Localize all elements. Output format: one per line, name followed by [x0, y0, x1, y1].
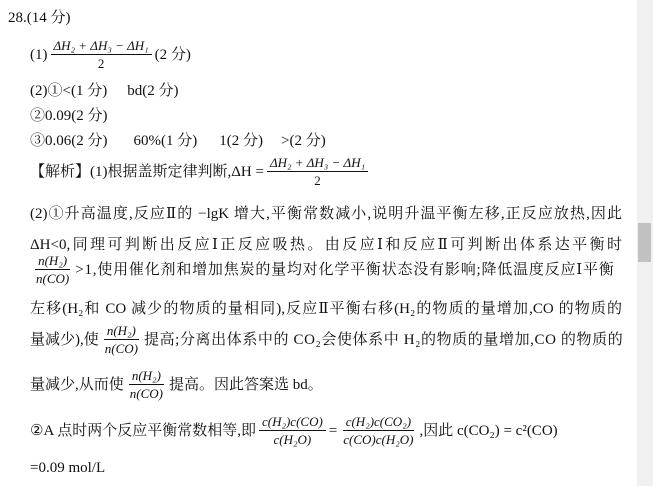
analysis-p2-line5: 量减少),使 n(H₂) n(CO) 提高;分离出体系中的 CO₂会使体系中 H…	[30, 322, 623, 357]
fraction: c(H₂)c(CO) c(H₂O)	[259, 413, 326, 448]
fraction: c(H₂)c(CO₂) c(CO)c(H₂O)	[340, 413, 416, 448]
fraction-numerator: ΔH₂ + ΔH₃ − ΔH₁	[267, 154, 368, 172]
answer-line-3: ②0.09(2 分)	[30, 106, 108, 126]
analysis-p3-part2: ,因此 c(CO₂) = c²(CO)	[419, 421, 557, 441]
analysis-result: =0.09 mol/L	[30, 458, 105, 478]
equals-sign: =	[329, 421, 337, 441]
answer-2-part2: bd(2 分)	[127, 81, 178, 101]
analysis-p4: =0.09 mol/L	[30, 458, 105, 478]
fraction-numerator: n(H₂)	[35, 252, 70, 270]
fraction: ΔH₂ + ΔH₃ − ΔH₁ 2	[51, 37, 152, 72]
scrollbar-track[interactable]	[637, 0, 653, 486]
analysis-p2-line6-part2: 提高。因此答案选 bd。	[169, 375, 323, 395]
answer-line-1: (1) ΔH₂ + ΔH₃ − ΔH₁ 2 (2 分)	[30, 37, 191, 72]
analysis-p2-line5-part2: 提高;分离出体系中的 CO₂会使体系中 H₂的物质的量增加,CO 的物质的	[144, 330, 623, 350]
fraction-denominator: 2	[95, 55, 108, 72]
fraction-numerator: n(H₂)	[104, 322, 139, 340]
analysis-p1: 【解析】(1)根据盖斯定律判断,ΔH = ΔH₂ + ΔH₃ − ΔH₁ 2	[30, 154, 371, 189]
fraction-numerator: ΔH₂ + ΔH₃ − ΔH₁	[51, 37, 152, 55]
answer-1-prefix: (1)	[30, 45, 48, 65]
answer-line-4: ③0.06(2 分) 60%(1 分) 1(2 分) >(2 分)	[30, 131, 326, 151]
answer-4-part1: ③0.06(2 分)	[30, 131, 108, 151]
answer-3-text: ②0.09(2 分)	[30, 106, 108, 126]
scrollbar-thumb[interactable]	[638, 223, 651, 262]
fraction-denominator: 2	[311, 172, 324, 189]
fraction-denominator: c(H₂O)	[271, 431, 315, 448]
analysis-p2-line3-text: >1,使用催化剂和增加焦炭的量均对化学平衡状态没有影响;降低温度反应Ⅰ平衡	[75, 260, 614, 280]
analysis-p1-text: 【解析】(1)根据盖斯定律判断,ΔH =	[30, 162, 264, 182]
fraction-numerator: c(H₂)c(CO)	[259, 413, 326, 431]
analysis-p3: ②A 点时两个反应平衡常数相等,即 c(H₂)c(CO) c(H₂O) = c(…	[30, 413, 558, 448]
fraction-numerator: n(H₂)	[129, 367, 164, 385]
fraction: n(H₂) n(CO)	[102, 322, 141, 357]
analysis-p2-line5-part1: 量减少),使	[30, 330, 99, 350]
document-page: 28.(14 分) (1) ΔH₂ + ΔH₃ − ΔH₁ 2 (2 分) (2…	[0, 0, 653, 486]
answer-4-part4: >(2 分)	[281, 131, 326, 151]
analysis-p2-line6-part1: 量减少,从而使	[30, 375, 124, 395]
question-header: 28.(14 分)	[8, 8, 71, 28]
answer-2-part1: (2)①<(1 分)	[30, 81, 107, 101]
fraction-numerator: c(H₂)c(CO₂)	[343, 413, 414, 431]
analysis-p2-line4: 左移(H₂和 CO 减少的物质的量相同),反应Ⅱ平衡右移(H₂的物质的量增加,C…	[30, 299, 622, 319]
analysis-p2-line1: (2)①升高温度,反应Ⅱ的 −lgK 增大,平衡常数减小,说明升温平衡左移,正反…	[30, 204, 622, 224]
answer-line-2: (2)①<(1 分) bd(2 分)	[30, 81, 178, 101]
question-number-label: 28.(14 分)	[8, 8, 71, 28]
fraction: n(H₂) n(CO)	[33, 252, 72, 287]
answer-4-part2: 60%(1 分)	[134, 131, 198, 151]
analysis-p3-part1: ②A 点时两个反应平衡常数相等,即	[30, 421, 256, 441]
fraction: ΔH₂ + ΔH₃ − ΔH₁ 2	[267, 154, 368, 189]
answer-4-part3: 1(2 分)	[219, 131, 263, 151]
fraction-denominator: n(CO)	[33, 270, 72, 287]
fraction: n(H₂) n(CO)	[127, 367, 166, 402]
fraction-denominator: n(CO)	[127, 385, 166, 402]
analysis-p2-line3: n(H₂) n(CO) >1,使用催化剂和增加焦炭的量均对化学平衡状态没有影响;…	[30, 252, 615, 287]
fraction-denominator: c(CO)c(H₂O)	[340, 431, 416, 448]
fraction-denominator: n(CO)	[102, 340, 141, 357]
answer-1-score: (2 分)	[155, 45, 191, 65]
analysis-p2-line6: 量减少,从而使 n(H₂) n(CO) 提高。因此答案选 bd。	[30, 367, 323, 402]
